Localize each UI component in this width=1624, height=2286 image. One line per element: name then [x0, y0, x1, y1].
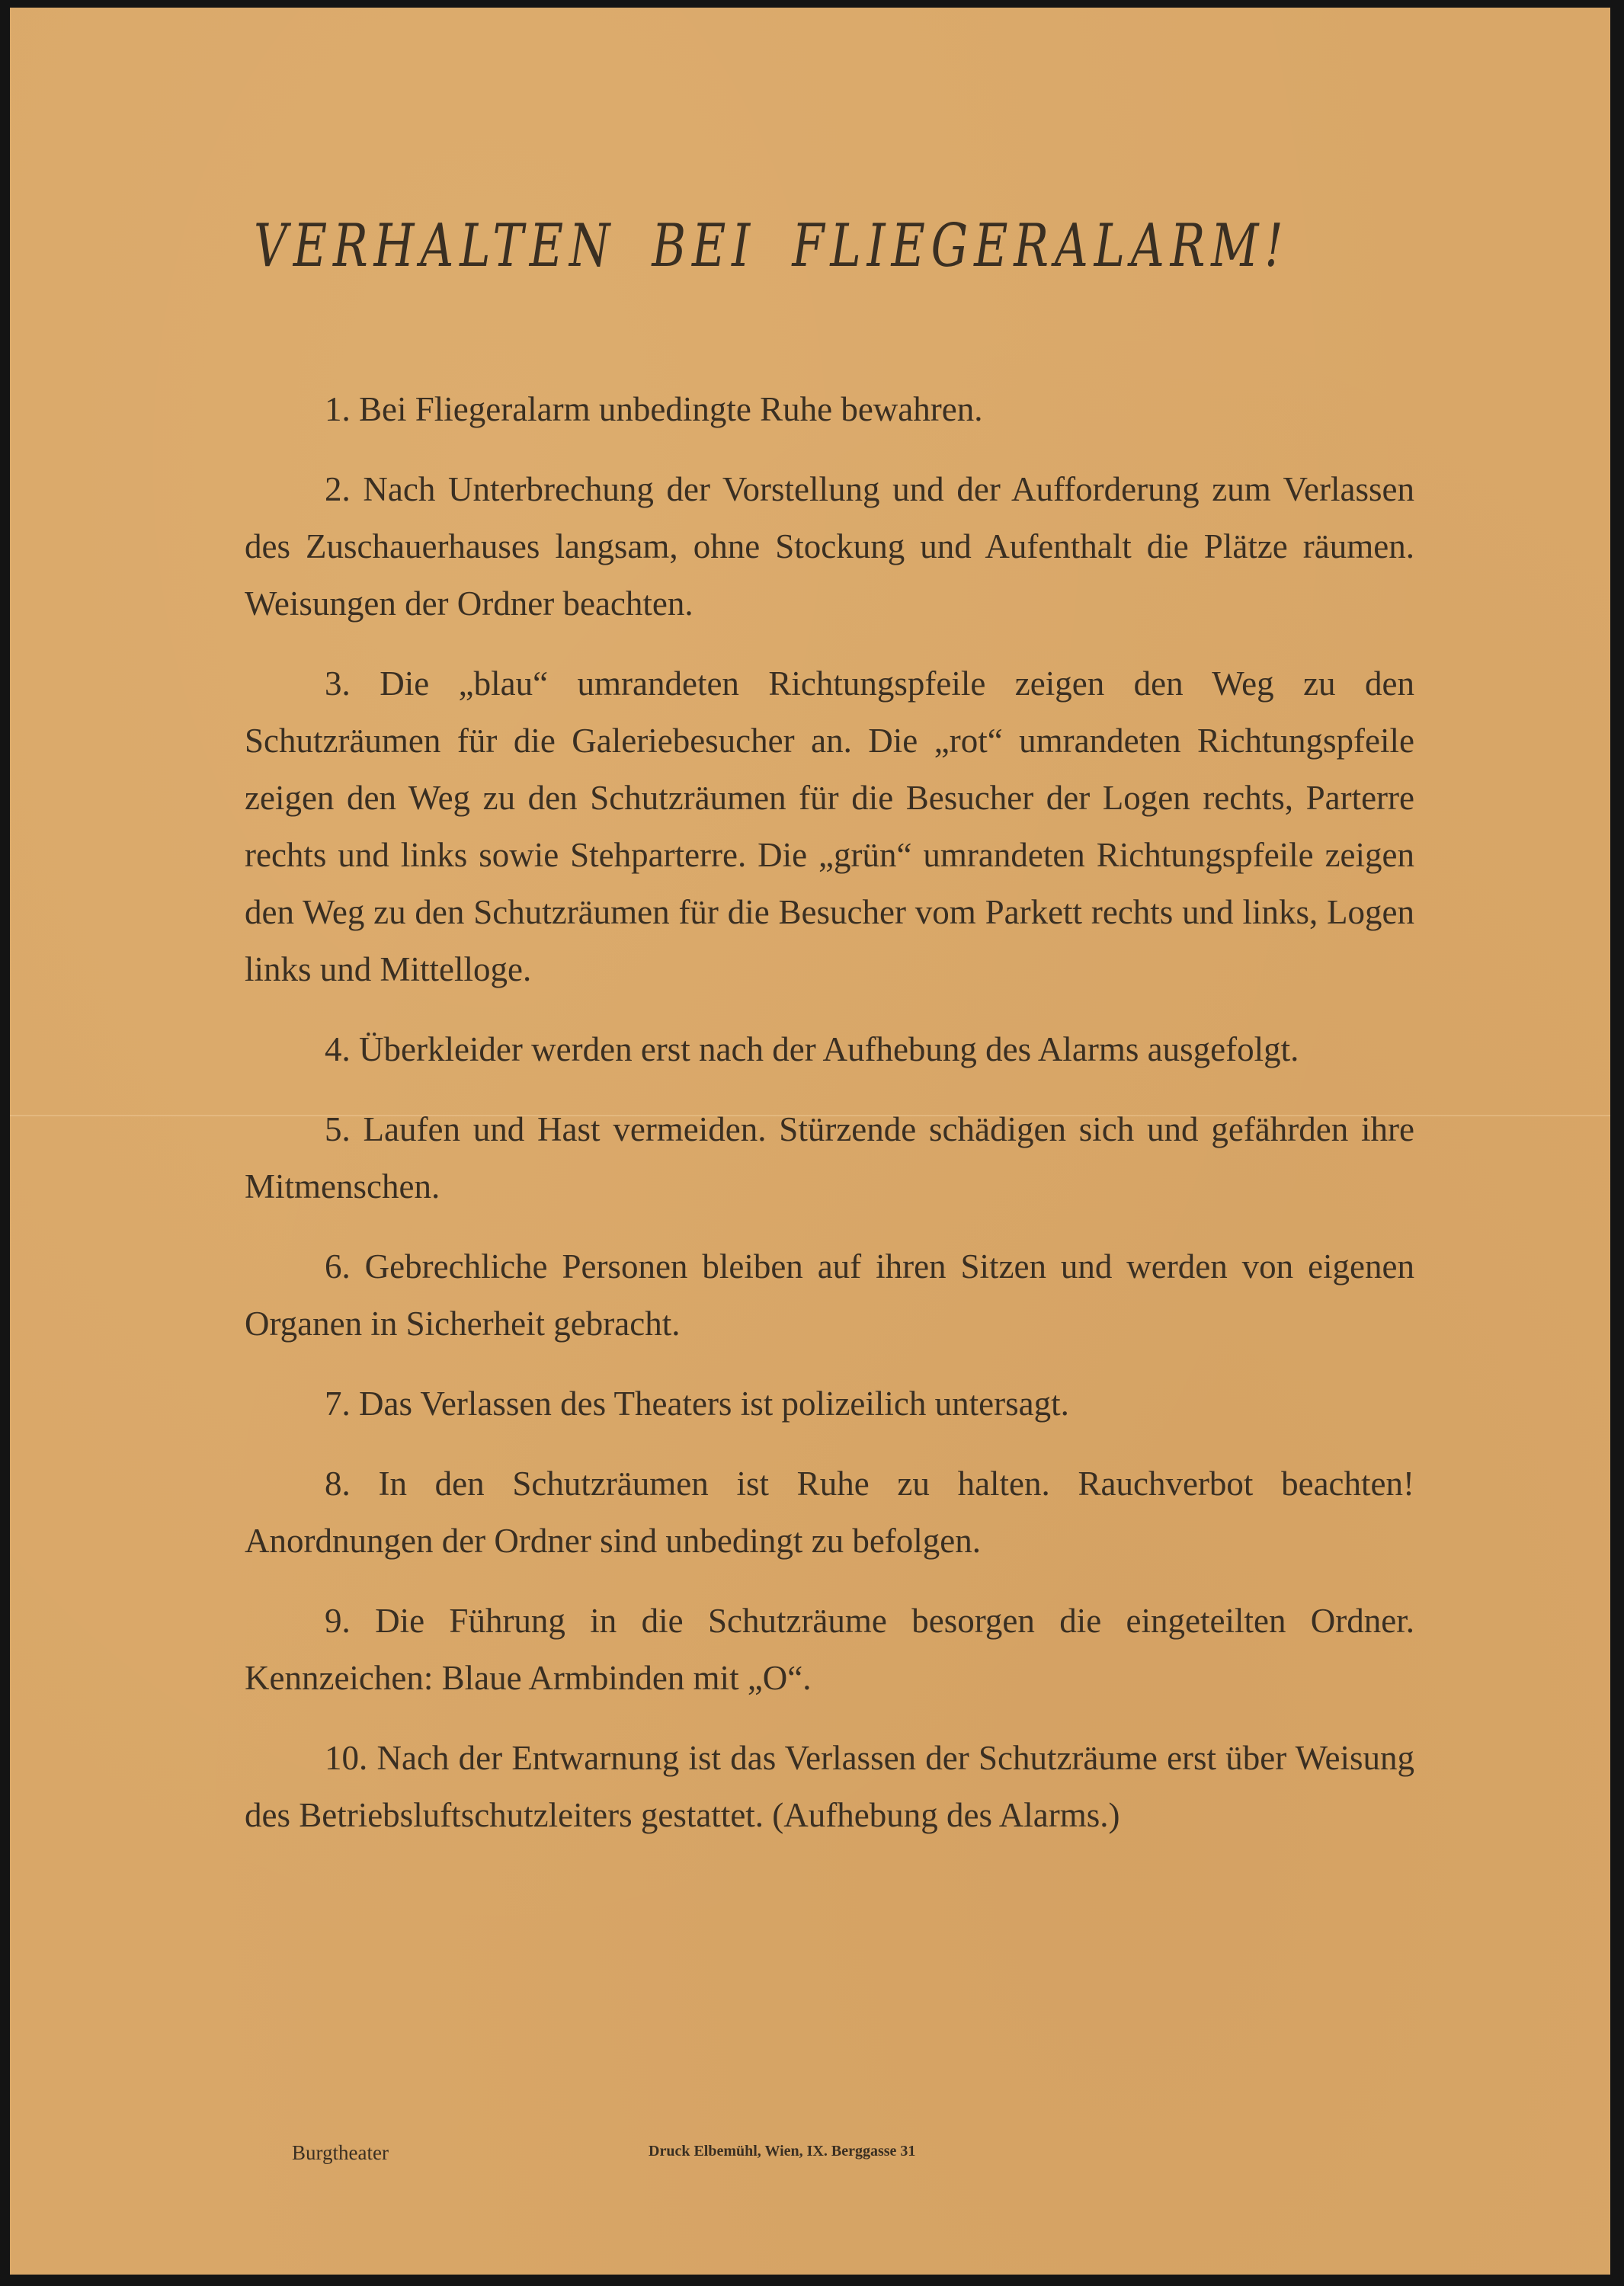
instruction-item-9: 9. Die Führung in die Schutzräume besorg…: [245, 1593, 1414, 1707]
instruction-item-10: 10. Nach der Entwarnung ist das Verlasse…: [245, 1730, 1414, 1844]
document-title: VERHALTEN BEI FLIEGERALARM!: [254, 212, 1169, 280]
instruction-item-4: 4. Überkleider werden erst nach der Aufh…: [245, 1021, 1414, 1078]
instruction-item-3: 3. Die „blau“ umrandeten Richtungspfeile…: [245, 655, 1414, 998]
instruction-item-5: 5. Laufen und Hast vermeiden. Stürzende …: [245, 1101, 1414, 1215]
instruction-item-6: 6. Gebrechliche Personen bleiben auf ihr…: [245, 1238, 1414, 1353]
instruction-item-1: 1. Bei Fliegeralarm unbedingte Ruhe bewa…: [245, 381, 1414, 438]
instruction-item-2: 2. Nach Unterbrechung der Vorstellung un…: [245, 461, 1414, 632]
instruction-item-7: 7. Das Verlassen des Theaters ist polize…: [245, 1375, 1414, 1433]
instructions-list: 1. Bei Fliegeralarm unbedingte Ruhe bewa…: [245, 381, 1414, 1867]
instruction-item-8: 8. In den Schutzräumen ist Ruhe zu halte…: [245, 1455, 1414, 1570]
footer-issuer: Burgtheater: [292, 2141, 389, 2165]
footer-printer: Druck Elbemühl, Wien, IX. Berggasse 31: [649, 2143, 915, 2160]
document-sheet: VERHALTEN BEI FLIEGERALARM! 1. Bei Flieg…: [10, 8, 1610, 2275]
